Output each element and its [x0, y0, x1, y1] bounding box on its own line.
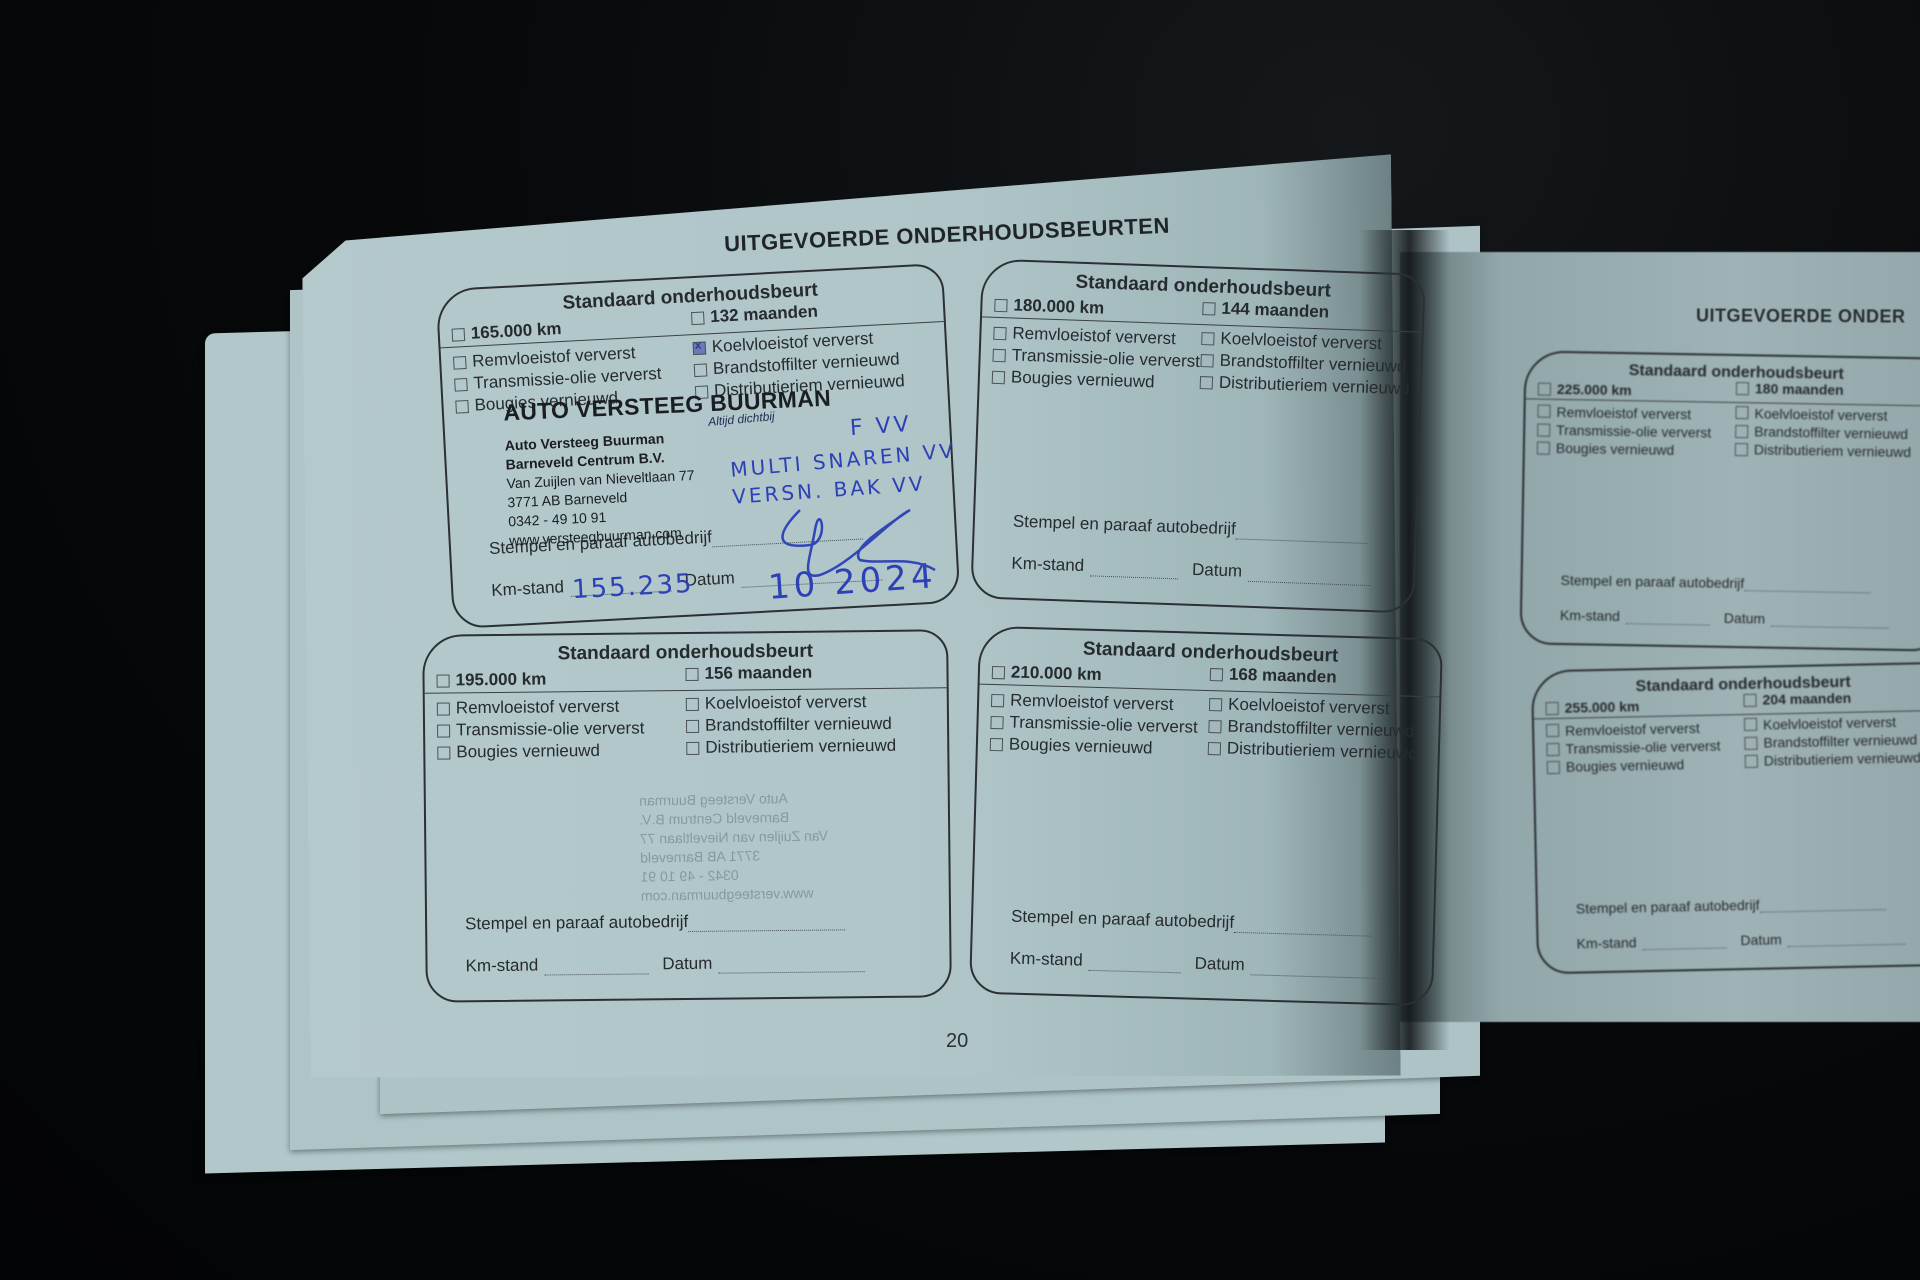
checklist-item-remvloeistof: Remvloeistof ververst [1537, 404, 1691, 423]
checkbox-icon [1735, 443, 1748, 456]
stamp-signature-line: Stempel en paraaf autobedrijf [465, 910, 845, 934]
checklist-label: Brandstoffilter vernieuwd [1754, 423, 1908, 442]
checklist-label: Remvloeistof ververst [456, 697, 620, 719]
checkbox-icon [694, 363, 708, 377]
stamp-label: Stempel en paraaf autobedrijf [465, 912, 688, 933]
checklist-label: 132 maanden [710, 302, 819, 328]
checkbox-icon [1537, 423, 1550, 436]
checklist-label: 165.000 km [470, 319, 562, 344]
checkbox-icon [992, 665, 1005, 678]
maintenance-card: Standaard onderhoudsbeurt180.000 km144 m… [970, 258, 1426, 613]
checklist-item-distributieriem: Distributieriem vernieuwd [1745, 749, 1920, 769]
checkbox-icon [1745, 754, 1758, 767]
checklist-label: Koelvloeistof ververst [1228, 695, 1390, 720]
checkbox-icon [453, 356, 467, 370]
checkbox-icon [1538, 382, 1551, 395]
km-stand-field [1090, 575, 1178, 579]
km-stand-label: Km-stand [1010, 949, 1083, 970]
km-date-line: Km-standDatum [1011, 554, 1371, 587]
checklist-label: Remvloeistof ververst [1556, 404, 1691, 422]
checklist-label: 156 maanden [704, 663, 812, 684]
datum-field [1788, 944, 1906, 947]
checklist-label: Koelvloeistof ververst [1220, 329, 1382, 355]
checklist-item-remvloeistof: Remvloeistof ververst [437, 697, 620, 719]
signature-icon [760, 490, 940, 590]
km-stand-label: Km-stand [465, 956, 538, 976]
km-date-line: Km-standDatum [465, 952, 864, 976]
km-date-line: Km-standDatum [1560, 607, 1889, 629]
checkbox-icon [1736, 382, 1749, 395]
checklist-item-bougies: Bougies vernieuwd [992, 367, 1155, 393]
signature-field [1234, 932, 1372, 937]
checklist-label: Bougies vernieuwd [1011, 367, 1155, 392]
checkbox-icon [691, 311, 705, 325]
checklist-label: Brandstoffilter vernieuwd [705, 714, 892, 736]
checkbox-icon [1547, 760, 1560, 773]
checkbox-icon [686, 697, 699, 710]
handwritten-note: F VV [849, 412, 912, 441]
signature-field [688, 929, 845, 932]
stamp-label: Stempel en paraaf autobedrijf [1011, 907, 1234, 932]
km-stand-field [1626, 623, 1710, 625]
checklist-label: Transmissie-olie ververst [456, 718, 644, 740]
checklist-item-months: 180 maanden [1736, 380, 1844, 398]
checklist-label: Remvloeistof ververst [1012, 323, 1176, 349]
checkbox-icon [1210, 668, 1223, 681]
checklist-label: Koelvloeistof ververst [1763, 714, 1896, 733]
checkbox-icon [993, 326, 1006, 339]
stamp-signature-line: Stempel en paraaf autobedrijf [1013, 512, 1369, 544]
checkbox-icon [1209, 698, 1222, 711]
km-stand-field [1088, 970, 1180, 974]
checklist-item-bougies: Bougies vernieuwd [1537, 440, 1675, 458]
datum-label: Datum [1192, 560, 1243, 581]
signature-field [1235, 538, 1367, 544]
checklist-label: Remvloeistof ververst [1010, 690, 1174, 715]
checklist-item-km: 180.000 km [994, 295, 1104, 319]
checklist-label: Brandstoffilter vernieuwd [1227, 717, 1414, 742]
checklist-label: Koelvloeistof ververst [705, 692, 867, 714]
checkbox-icon [1200, 376, 1213, 389]
checklist-item-months: 168 maanden [1210, 664, 1337, 688]
checkbox-icon [990, 737, 1003, 750]
checklist-label: 255.000 km [1564, 698, 1639, 716]
checklist-label: Remvloeistof ververst [1565, 720, 1700, 739]
checklist-item-months: 204 maanden [1743, 690, 1851, 708]
checklist-label: Distributieriem vernieuwd [1754, 441, 1911, 460]
checklist-item-transmissie: Transmissie-olie ververst [1546, 738, 1720, 758]
checklist-item-remvloeistof: Remvloeistof ververst [1546, 720, 1700, 739]
checklist-item-km: 195.000 km [436, 669, 546, 690]
datum-label: Datum [1740, 931, 1782, 948]
checklist-label: Koelvloeistof ververst [1754, 405, 1887, 423]
checklist-item-brandstoffilter: Brandstoffilter vernieuwd [1735, 423, 1908, 442]
datum-label: Datum [1724, 610, 1766, 627]
right-page-title: UITGEVOERDE ONDER [1696, 305, 1906, 327]
checklist-label: Bougies vernieuwd [1009, 734, 1153, 758]
handwritten-km-stand: 155.235 [571, 569, 694, 605]
card-title: Standaard onderhoudsbeurt [424, 639, 946, 666]
checklist-item-brandstoffilter: Brandstoffilter vernieuwd [686, 714, 892, 736]
checkbox-icon [992, 348, 1005, 361]
stamp-signature-line: Stempel en paraaf autobedrijf [1560, 572, 1870, 593]
checklist-item-km: 210.000 km [992, 662, 1102, 685]
checkbox-icon [1546, 724, 1559, 737]
checkbox-icon [1546, 701, 1559, 714]
checklist-label: Distributieriem vernieuwd [1219, 373, 1410, 400]
checkbox-icon [437, 702, 450, 715]
checklist-label: 195.000 km [455, 669, 546, 690]
card-title: Standaard onderhoudsbeurt [1533, 672, 1920, 699]
checkbox-icon [994, 298, 1007, 311]
page-number: 20 [946, 1030, 968, 1053]
checklist-item-bougies: Bougies vernieuwd [990, 734, 1153, 759]
checklist-label: Distributieriem vernieuwd [705, 736, 896, 758]
checkbox-icon [991, 693, 1004, 706]
km-date-line: Km-standDatum [1010, 949, 1380, 979]
datum-label: Datum [662, 954, 712, 974]
stamp-signature-line: Stempel en paraaf autobedrijf [1011, 907, 1372, 937]
checklist-label: Brandstoffilter vernieuwd [1763, 731, 1917, 750]
checkbox-icon [1200, 354, 1213, 367]
checklist-item-transmissie: Transmissie-olie ververst [437, 718, 644, 740]
checklist-item-months: 144 maanden [1202, 298, 1329, 322]
checkbox-icon [437, 746, 450, 759]
checkbox-icon [451, 328, 465, 342]
checklist-label: 225.000 km [1557, 381, 1632, 398]
checklist-item-distributieriem: Distributieriem vernieuwd [686, 736, 896, 758]
checklist-item-months: 156 maanden [685, 663, 812, 684]
checklist-item-km: 225.000 km [1538, 381, 1632, 399]
datum-field [718, 971, 864, 974]
checkbox-icon [1546, 742, 1559, 755]
checkbox-icon [1537, 405, 1550, 418]
checklist-label: Distributieriem vernieuwd [1227, 739, 1418, 764]
bleed-through-stamp: Auto Versteeg Buurman Barneveld Centrum … [639, 788, 829, 905]
checkbox-icon [1202, 302, 1215, 315]
checkbox-icon [693, 341, 707, 355]
datum-field [1250, 974, 1379, 979]
maintenance-card: Standaard onderhoudsbeurt255.000 km204 m… [1531, 662, 1920, 975]
checkbox-icon [1208, 742, 1221, 755]
maintenance-card: Standaard onderhoudsbeurt225.000 km180 m… [1519, 350, 1920, 651]
km-stand-field [1643, 947, 1727, 950]
checklist-label: 210.000 km [1011, 663, 1102, 686]
checklist-item-koelvloeistof: Koelvloeistof ververst [1744, 714, 1896, 733]
checkbox-icon [1537, 441, 1550, 454]
checklist-item-distributieriem: Distributieriem vernieuwd [1735, 441, 1911, 460]
checklist-label: Transmissie-olie ververst [1009, 712, 1198, 737]
datum-label: Datum [1194, 954, 1245, 974]
km-stand-label: Km-stand [491, 577, 565, 600]
checklist-item-koelvloeistof: Koelvloeistof ververst [1209, 694, 1390, 719]
checkbox-icon [992, 370, 1005, 383]
checklist-label: Bougies vernieuwd [1556, 440, 1675, 458]
stamp-label: Stempel en paraaf autobedrijf [1560, 572, 1744, 591]
stamp-signature-line: Stempel en paraaf autobedrijf [1576, 895, 1886, 917]
datum-field [1248, 581, 1371, 586]
checklist-label: Bougies vernieuwd [456, 741, 600, 763]
checkbox-icon [455, 399, 469, 413]
ghost-line: Van Zuijlen van Nieveltlaan 77 [640, 826, 828, 848]
checkbox-icon [990, 715, 1003, 728]
checklist-item-brandstoffilter: Brandstoffilter vernieuwd [1744, 731, 1917, 751]
checkbox-icon [1744, 718, 1757, 731]
checkbox-icon [685, 667, 698, 680]
checklist-item-bougies: Bougies vernieuwd [1547, 756, 1685, 775]
checklist-label: 180 maanden [1755, 380, 1844, 398]
datum-field [1771, 626, 1889, 629]
signature-field [1744, 591, 1870, 594]
checkbox-icon [686, 741, 699, 754]
checklist-label: Transmissie-olie ververst [1565, 738, 1720, 757]
signature-field [1760, 910, 1886, 914]
checklist-item-transmissie: Transmissie-olie ververst [1537, 422, 1711, 441]
km-stand-label: Km-stand [1011, 554, 1084, 576]
checklist-item-koelvloeistof: Koelvloeistof ververst [686, 692, 867, 714]
stamp-label: Stempel en paraaf autobedrijf [1576, 897, 1760, 917]
checklist-label: Distributieriem vernieuwd [1764, 749, 1920, 768]
checkbox-icon [1201, 332, 1214, 345]
checklist-item-distributieriem: Distributieriem vernieuwd [1208, 738, 1418, 764]
checklist-label: 180.000 km [1013, 295, 1104, 318]
km-stand-label: Km-stand [1576, 934, 1636, 951]
checkbox-icon [1208, 720, 1221, 733]
checklist-label: 168 maanden [1229, 665, 1337, 688]
km-stand-field [544, 973, 648, 975]
km-stand-label: Km-stand [1560, 607, 1620, 624]
stamp-label: Stempel en paraaf autobedrijf [1013, 512, 1237, 539]
checkbox-icon [1735, 425, 1748, 438]
checklist-label: 204 maanden [1762, 690, 1851, 708]
checkbox-icon [1735, 406, 1748, 419]
km-date-line: Km-standDatum [1576, 929, 1905, 952]
checkbox-icon [1743, 693, 1756, 706]
checklist-label: 144 maanden [1221, 299, 1329, 323]
checkbox-icon [1744, 736, 1757, 749]
ghost-line: www.versteegbuurman.com [641, 883, 829, 905]
checkbox-icon [454, 377, 468, 391]
checklist-label: Bougies vernieuwd [1566, 756, 1685, 774]
checklist-item-km: 255.000 km [1545, 698, 1639, 716]
checklist-item-remvloeistof: Remvloeistof ververst [991, 690, 1174, 715]
checklist-item-koelvloeistof: Koelvloeistof ververst [1735, 405, 1887, 424]
checkbox-icon [437, 674, 450, 687]
checklist-label: Transmissie-olie ververst [1556, 422, 1711, 441]
checklist-item-bougies: Bougies vernieuwd [437, 741, 600, 763]
checkbox-icon [437, 724, 450, 737]
checkbox-icon [686, 719, 699, 732]
maintenance-card: Standaard onderhoudsbeurt210.000 km168 m… [969, 626, 1443, 1007]
